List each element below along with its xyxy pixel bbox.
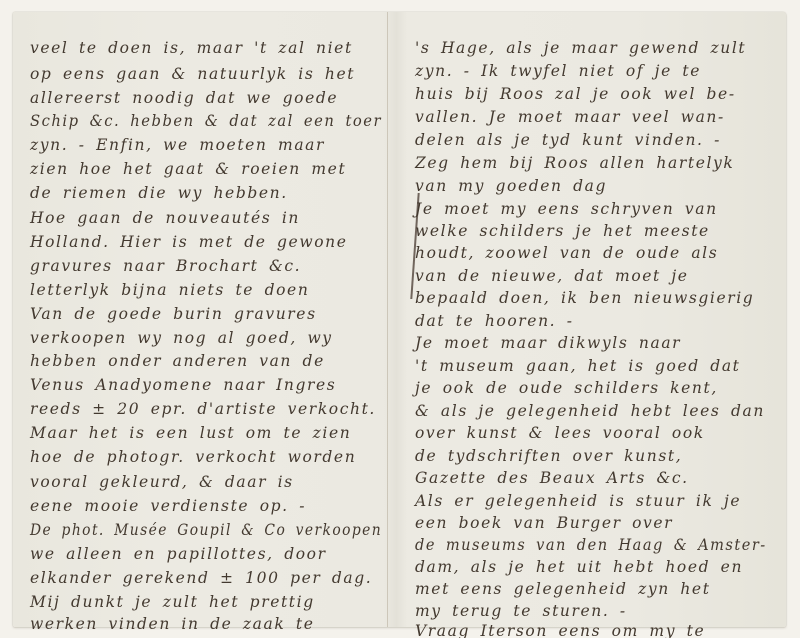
handwritten-line: allereerst noodig dat we goede	[30, 89, 338, 107]
handwritten-line: Vraag Iterson eens om my te	[415, 622, 705, 638]
handwritten-line: dat te hooren. -	[415, 312, 574, 330]
handwritten-line: welke schilders je het meeste	[415, 222, 710, 240]
handwritten-line: hoe de photogr. verkocht worden	[30, 448, 356, 466]
handwritten-line: Je moet maar dikwyls naar	[415, 334, 681, 352]
handwritten-line: zyn. - Enfin, we moeten maar	[30, 136, 325, 154]
handwritten-line: Van de goede burin gravures	[30, 305, 317, 323]
handwritten-line: Venus Anadyomene naar Ingres	[30, 376, 336, 394]
handwritten-line: bepaald doen, ik ben nieuwsgierig	[415, 289, 754, 307]
handwritten-line: vooral gekleurd, & daar is	[30, 473, 294, 491]
handwritten-line: de tydschriften over kunst,	[415, 447, 682, 465]
handwritten-line: gravures naar Brochart &c.	[30, 257, 301, 275]
handwritten-line: eene mooie verdienste op. -	[30, 497, 306, 515]
handwritten-line: met eens gelegenheid zyn het	[415, 580, 711, 598]
handwritten-line: een boek van Burger over	[415, 514, 673, 532]
handwritten-line: 't museum gaan, het is goed dat	[415, 357, 741, 375]
handwritten-line: we alleen en papillottes, door	[30, 545, 327, 563]
handwritten-line: over kunst & lees vooral ook	[415, 424, 705, 442]
handwritten-line: je ook de oude schilders kent,	[415, 379, 718, 397]
handwritten-line: Maar het is een lust om te zien	[30, 424, 351, 442]
center-fold	[387, 12, 388, 627]
handwritten-line: van my goeden dag	[415, 177, 607, 195]
handwritten-line: houdt, zoowel van de oude als	[415, 244, 718, 262]
handwritten-line: & als je gelegenheid hebt lees dan	[415, 402, 765, 420]
handwritten-line: hebben onder anderen van de	[30, 352, 325, 370]
handwritten-line: Als er gelegenheid is stuur ik je	[415, 492, 741, 510]
handwritten-line: Holland. Hier is met de gewone	[30, 233, 347, 251]
handwritten-line: De phot. Musée Goupil & Co verkoopen	[30, 521, 382, 539]
handwritten-line: werken vinden in de zaak te	[30, 615, 314, 633]
handwritten-line: 's Hage, als je maar gewend zult	[415, 39, 746, 57]
handwritten-line: dam, als je het uit hebt hoed en	[415, 558, 743, 576]
handwritten-line: Mij dunkt je zult het prettig	[30, 593, 315, 611]
handwritten-line: veel te doen is, maar 't zal niet	[30, 39, 353, 57]
handwritten-line: huis bij Roos zal je ook wel be-	[415, 85, 736, 103]
handwritten-line: Je moet my eens schryven van	[415, 200, 718, 218]
handwritten-line: Gazette des Beaux Arts &c.	[415, 469, 689, 487]
handwritten-line: van de nieuwe, dat moet je	[415, 267, 689, 285]
handwritten-line: Zeg hem bij Roos allen hartelyk	[415, 154, 734, 172]
handwritten-line: my terug te sturen. -	[415, 602, 627, 620]
handwritten-line: Schip &c. hebben & dat zal een toer	[30, 112, 382, 130]
handwritten-line: letterlyk bijna niets te doen	[30, 281, 309, 299]
handwritten-line: de museums van den Haag & Amster-	[415, 536, 767, 554]
handwritten-line: Hoe gaan de nouveautés in	[30, 209, 300, 227]
handwritten-line: elkander gerekend ± 100 per dag.	[30, 569, 372, 587]
handwritten-line: vallen. Je moet maar veel wan-	[415, 108, 725, 126]
handwritten-line: reeds ± 20 epr. d'artiste verkocht.	[30, 400, 376, 418]
handwritten-line: de riemen die wy hebben.	[30, 184, 288, 202]
handwritten-line: op eens gaan & natuurlyk is het	[30, 65, 355, 83]
handwritten-line: zien hoe het gaat & roeien met	[30, 160, 346, 178]
handwritten-line: delen als je tyd kunt vinden. -	[415, 131, 721, 149]
handwritten-line: verkoopen wy nog al goed, wy	[30, 329, 333, 347]
handwritten-line: zyn. - Ik twyfel niet of je te	[415, 62, 701, 80]
